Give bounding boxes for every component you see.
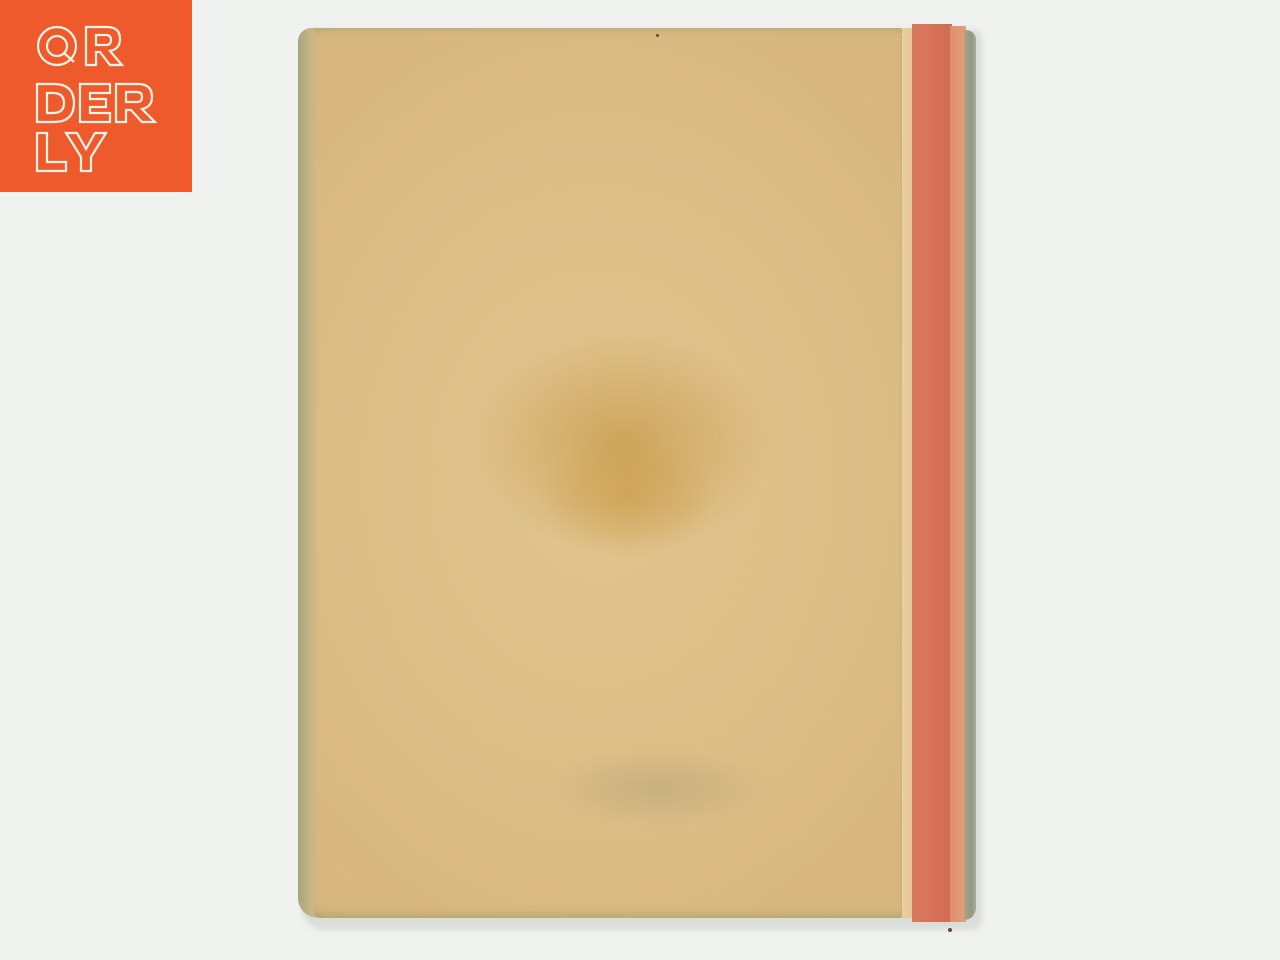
book-back-cover <box>298 28 902 918</box>
product-photo <box>0 0 1280 960</box>
spine-edge <box>964 30 976 920</box>
spine-band-red <box>912 24 952 922</box>
book-cover-left-edge <box>298 28 318 918</box>
cover-speck <box>656 34 659 37</box>
book <box>298 22 980 924</box>
orderly-logo <box>0 0 192 192</box>
spine-speck <box>948 928 952 932</box>
orderly-logo-icon <box>0 0 192 192</box>
